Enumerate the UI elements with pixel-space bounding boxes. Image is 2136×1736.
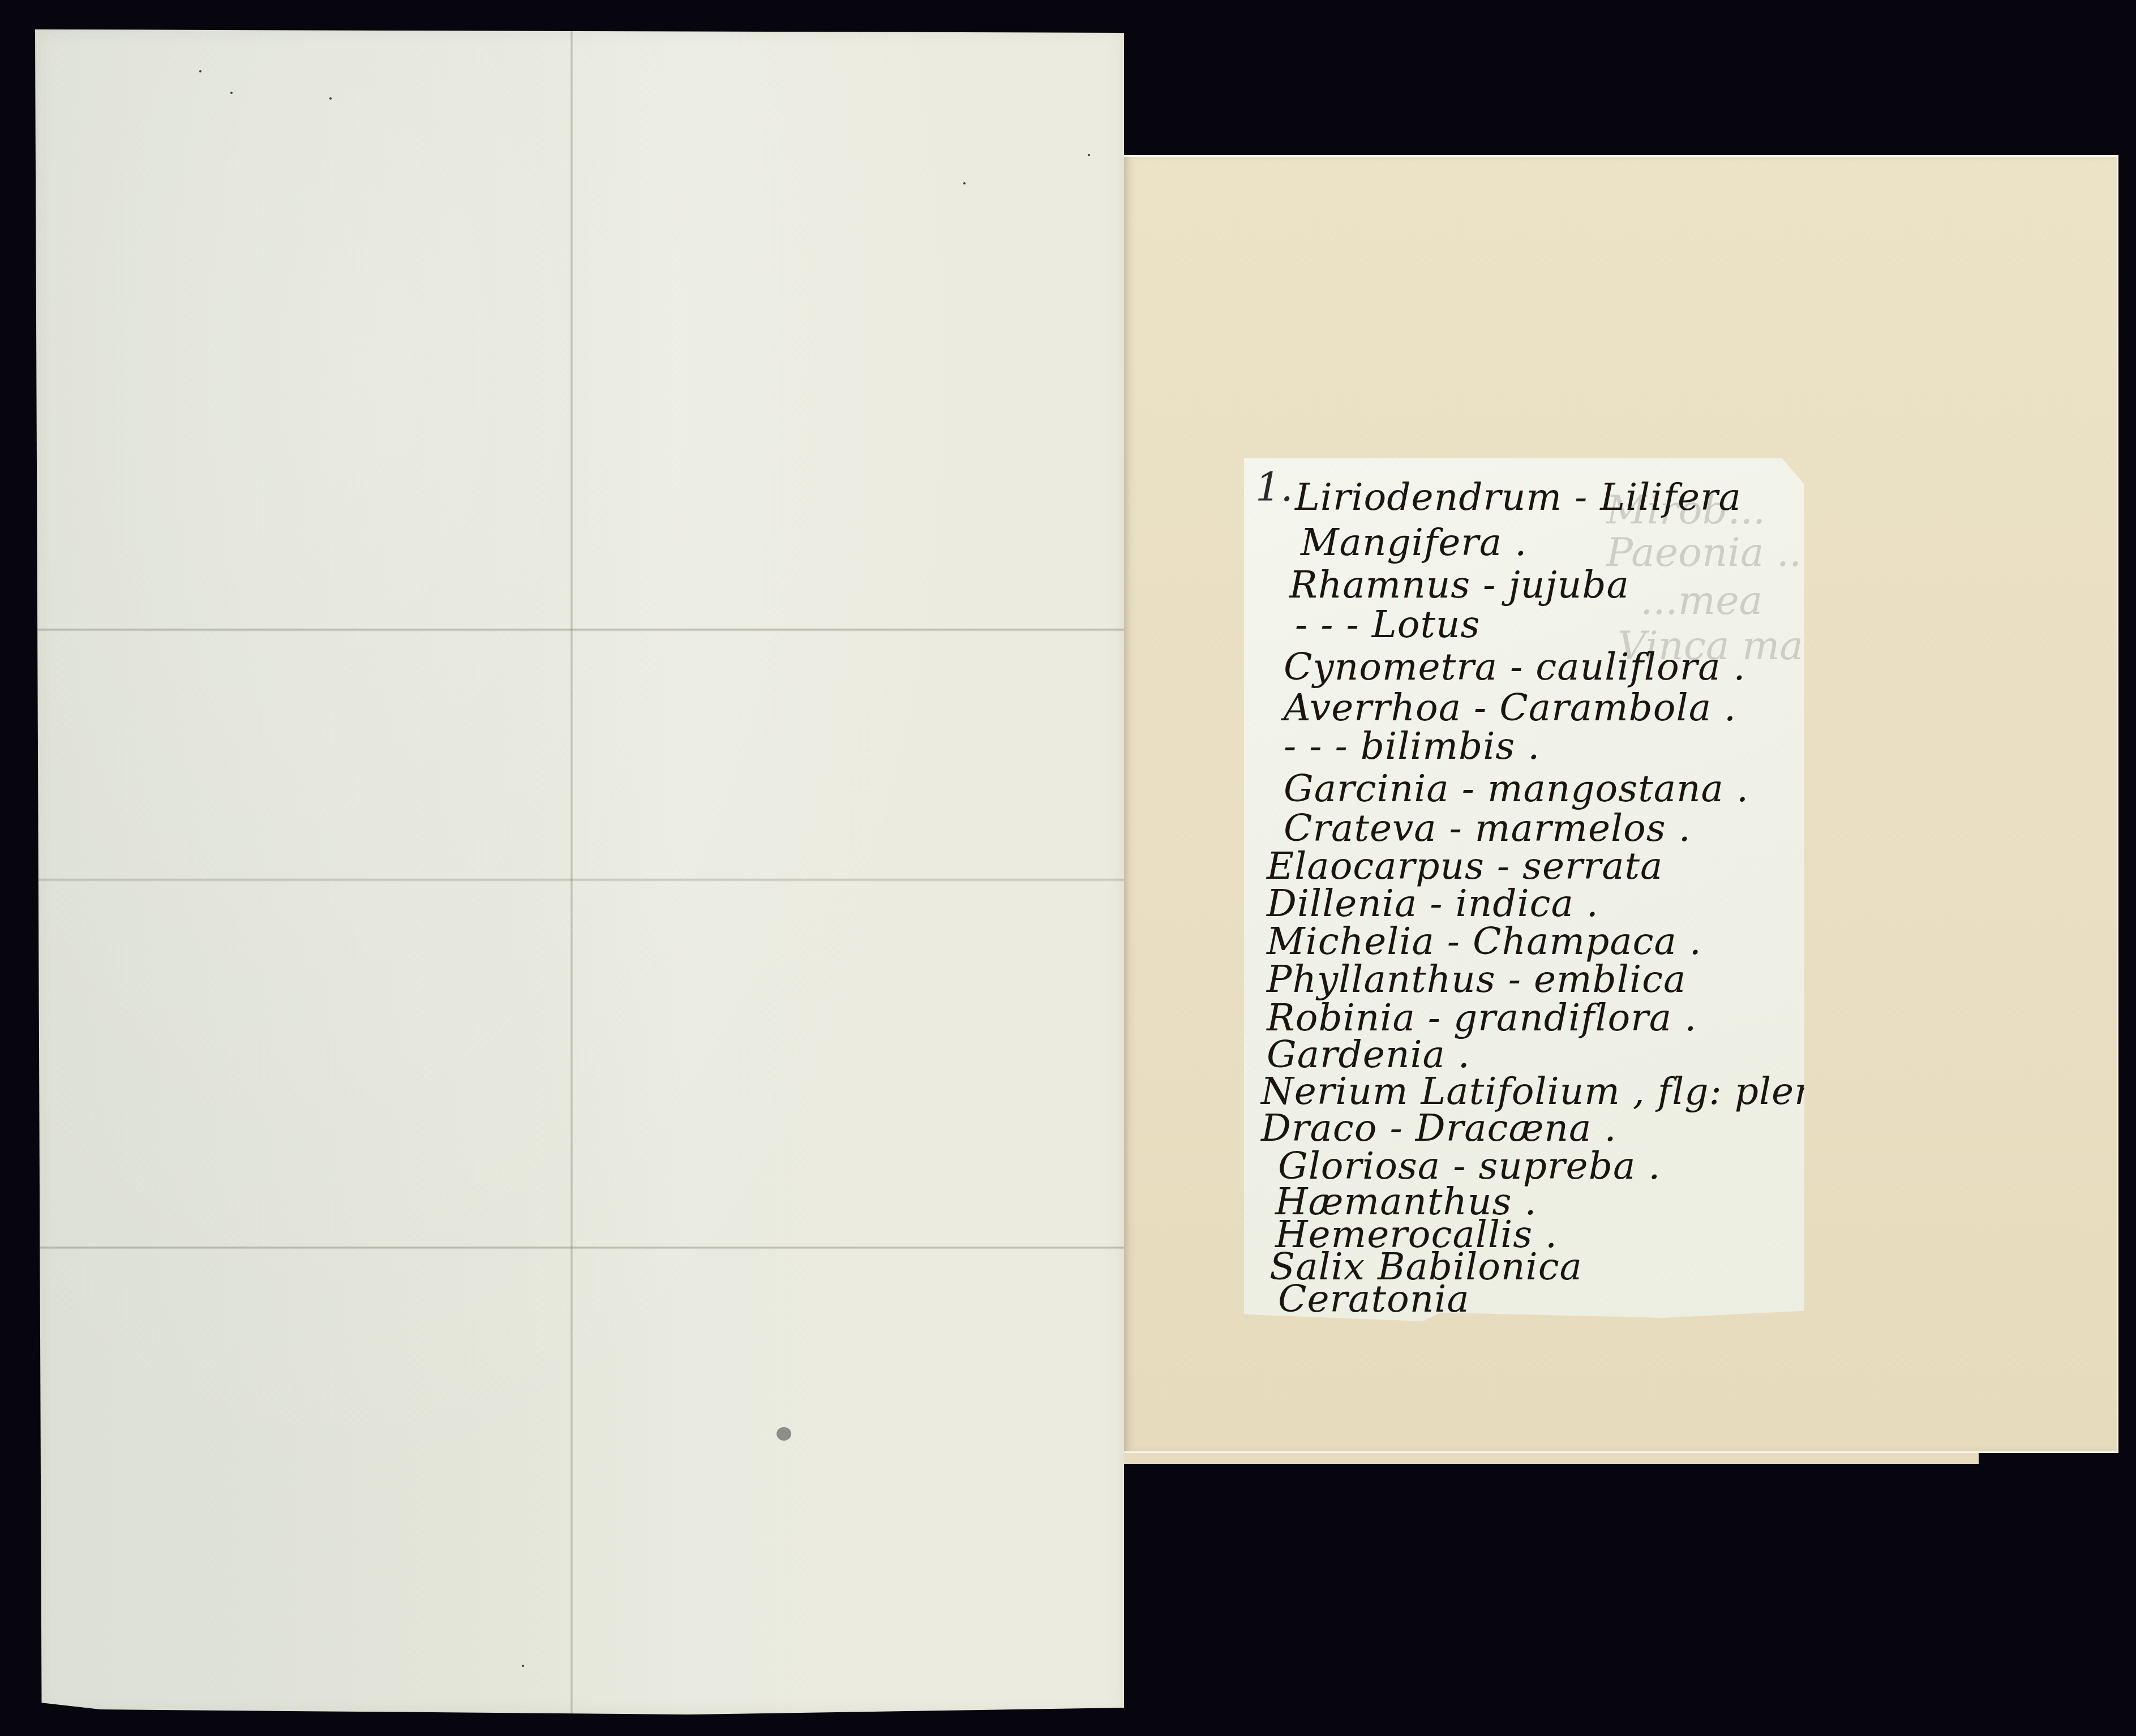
horizontal-fold-crease-lower: [35, 1246, 1124, 1249]
list-entry: Cynometra - cauliflora .: [1284, 645, 1746, 689]
list-entry: Draco - Dracæna .: [1261, 1106, 1616, 1150]
list-entry: Averrhoa - Carambola .: [1284, 686, 1736, 729]
paper-speck: [963, 182, 966, 184]
bleed-through-text: Paeonia ...: [1606, 529, 1814, 575]
bleed-through-text: ...mea: [1640, 577, 1762, 624]
ink-spot: [777, 1427, 791, 1441]
list-entry: Phyllanthus - emblica: [1267, 957, 1686, 1001]
list-entry: Rhamnus - jujuba: [1289, 563, 1629, 607]
paper-speck: [329, 97, 332, 100]
list-entry: Michelia - Champaca .: [1267, 919, 1702, 963]
list-entry: Garcinia - mangostana .: [1284, 767, 1749, 810]
list-entry: - - - Lotus: [1295, 603, 1480, 646]
paper-speck: [522, 1665, 524, 1667]
list-entry: Liriodendrum - Lilifera: [1295, 475, 1742, 519]
paper-speck: [199, 70, 201, 72]
paper-speck: [230, 92, 233, 94]
list-entry: - - - bilimbis .: [1284, 724, 1540, 768]
horizontal-fold-crease-middle: [35, 878, 1124, 882]
horizontal-fold-crease-upper: [35, 628, 1124, 631]
list-entry: Dillenia - indica .: [1267, 882, 1599, 925]
list-entry: Mangifera .: [1301, 521, 1527, 564]
handwritten-note-slip: Mirob... Paeonia ... ...mea Vinca ma... …: [1244, 458, 1804, 1321]
vertical-fold-crease: [570, 29, 573, 1714]
item-number-marker: 1.: [1255, 464, 1293, 510]
list-entry: Crateva - marmelos .: [1284, 806, 1691, 850]
folded-blank-sheet: [35, 29, 1124, 1714]
paper-speck: [1088, 154, 1090, 156]
